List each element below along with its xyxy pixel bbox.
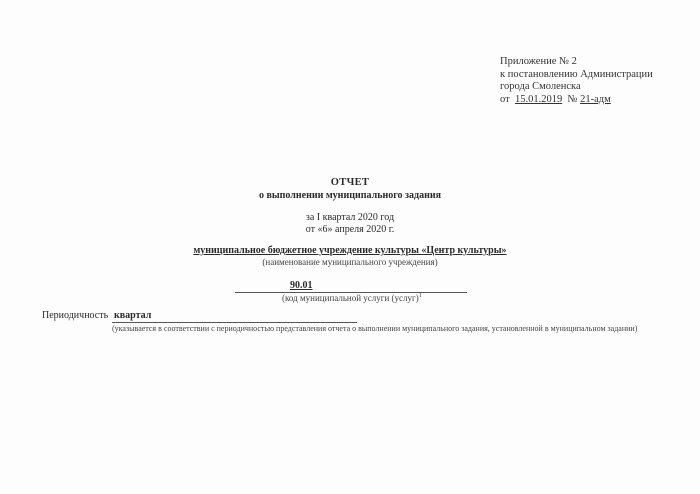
appendix-line-2: к постановлению Администрации	[500, 69, 653, 82]
institution-name: муниципальное бюджетное учреждение культ…	[0, 245, 700, 256]
service-code-caption: (код муниципальной услуги (услуг)1	[282, 293, 422, 303]
report-title: ОТЧЕТ	[0, 177, 700, 188]
decree-number: 21-адм	[580, 94, 611, 105]
appendix-block: Приложение № 2 к постановлению Администр…	[500, 56, 653, 106]
decree-date: 15.01.2019	[515, 94, 562, 105]
report-subtitle: о выполнении муниципального задания	[0, 190, 700, 201]
appendix-line-1: Приложение № 2	[500, 56, 653, 69]
periodicity-caption: (указывается в соответствии с периодично…	[112, 324, 637, 333]
service-code-value: 90.01	[290, 280, 313, 291]
appendix-line-3: города Смоленска	[500, 81, 653, 94]
from-label: от	[500, 94, 510, 105]
periodicity-label: Периодичность	[42, 310, 108, 321]
institution-caption: (наименование муниципального учреждения)	[0, 257, 700, 267]
periodicity-underline	[112, 322, 357, 323]
number-label: №	[567, 94, 577, 105]
footnote-marker: 1	[419, 293, 422, 299]
report-period: за I квартал 2020 год	[0, 212, 700, 223]
report-date: от «6» апреля 2020 г.	[0, 224, 700, 235]
periodicity-value: квартал	[114, 310, 151, 321]
appendix-line-4: от 15.01.2019 № 21-адм	[500, 94, 653, 107]
